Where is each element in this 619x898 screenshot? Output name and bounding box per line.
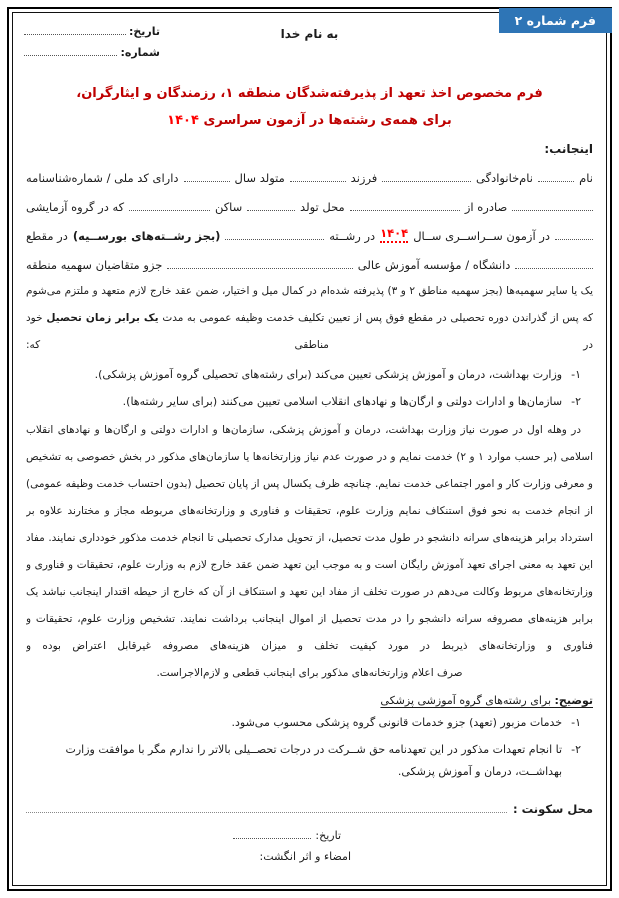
signature-date-label: تاریخ: — [315, 829, 341, 842]
issued-from-label: صادره از — [465, 200, 507, 214]
name-label: نام — [579, 171, 593, 185]
residence-field: محل سکونت : — [26, 792, 593, 816]
dotted-blank — [24, 31, 126, 35]
form-line-identity: نام نام‌خانوادگی فرزند متولد سال دارای ک… — [26, 156, 593, 185]
residence-label: محل سکونت : — [513, 802, 593, 816]
exam-year-inline: ۱۴۰۴ — [380, 226, 408, 243]
list-item-text: خدمات مزبور (تعهد) جزو خدمات قانونی گروه… — [232, 712, 563, 734]
exam-year: ۱۴۰۴ — [167, 113, 199, 128]
date-label: تاریخ: — [129, 25, 160, 38]
university-label: دانشگاه / مؤسسه آموزش عالی — [358, 258, 511, 272]
national-id-label: دارای کد ملی / شماره‌شناسنامه — [26, 171, 179, 185]
dotted-blank — [184, 178, 230, 182]
dotted-blank — [538, 178, 574, 182]
dotted-blank — [290, 178, 346, 182]
obligation-final-line: صرف اعلام وزارتخانه‌های مذکور برای اینجا… — [26, 660, 593, 687]
signature-fingerprint-label: امضاء و اثر انگشت: — [26, 850, 351, 863]
list-item-number: ۲- — [571, 739, 581, 761]
list-item-text: وزارت بهداشت، درمان و آموزش پزشکی تعیین … — [95, 364, 562, 386]
medical-notes-list: ۱- خدمات مزبور (تعهد) جزو خدمات قانونی گ… — [26, 712, 593, 783]
note-heading: توضیح: برای رشته‌های گروه آموزشی پزشکی — [26, 694, 593, 707]
birth-year-label: متولد سال — [235, 171, 285, 185]
signature-date-field: تاریخ: — [26, 822, 341, 842]
form-body: فرم مخصوص اخذ تعهد از پذیرفته‌شدگان منطق… — [26, 68, 593, 882]
dotted-blank — [129, 207, 210, 211]
list-item-number: ۱- — [571, 364, 581, 386]
degree-level-label: در مقطع — [26, 229, 68, 243]
form-line-exam: در آزمون ســراســری ســال ۱۴۰۴ در رشــته… — [26, 214, 593, 243]
authorities-list: ۱- وزارت بهداشت، درمان و آموزش پزشکی تعی… — [26, 364, 593, 413]
birth-place-label: محل تولد — [300, 200, 345, 214]
form-title-line2-text: برای همه‌ی رشته‌ها در آزمون سراسری — [203, 113, 451, 128]
list-item-text: سازمان‌ها و ادارات دولتی و ارگان‌ها و نه… — [123, 391, 562, 413]
number-label: شماره: — [120, 46, 160, 59]
child-of-label: فرزند — [351, 171, 378, 185]
list-item: ۲- سازمان‌ها و ادارات دولتی و ارگان‌ها و… — [26, 391, 593, 413]
applicant-intro-label: اینجانب: — [26, 142, 593, 156]
obligation-paragraph: در وهله اول در صورت نیاز وزارت بهداشت، د… — [26, 417, 593, 660]
dotted-blank — [512, 207, 593, 211]
form-page: فرم شماره ۲ تاریخ: شماره: به نام خدا فرم… — [0, 0, 619, 898]
date-number-block: تاریخ: شماره: — [24, 17, 160, 59]
commitment-paragraph: یک یا سایر سهمیه‌ها (بجز سهمیه مناطق ۲ و… — [26, 278, 593, 359]
except-scholarship-note: (بجز رشــته‌های بورســیه) — [73, 229, 221, 243]
dotted-blank — [382, 178, 471, 182]
form-title-line1: فرم مخصوص اخذ تعهد از پذیرفته‌شدگان منطق… — [26, 80, 593, 107]
list-item: ۱- وزارت بهداشت، درمان و آموزش پزشکی تعی… — [26, 364, 593, 386]
dotted-blank — [555, 236, 593, 240]
form-title-line2: برای همه‌ی رشته‌ها در آزمون سراسری ۱۴۰۴ — [26, 107, 593, 134]
form-line-residence: صادره از محل تولد ساکن که در گروه آزمایش… — [26, 185, 593, 214]
form-number-badge: فرم شماره ۲ — [499, 8, 612, 33]
dotted-blank — [233, 835, 311, 839]
commitment-duration-bold: یک برابر زمان تحصیل — [46, 312, 158, 324]
dotted-blank — [225, 236, 324, 240]
form-title: فرم مخصوص اخذ تعهد از پذیرفته‌شدگان منطق… — [26, 80, 593, 134]
date-field: تاریخ: — [24, 17, 160, 38]
list-item-number: ۲- — [571, 391, 581, 413]
dotted-blank — [350, 207, 460, 211]
form-line-university: دانشگاه / مؤسسه آموزش عالی جزو متقاضیان … — [26, 243, 593, 272]
national-exam-label: در آزمون ســراســری ســال — [413, 229, 550, 243]
list-item-text: تا انجام تعهدات مذکور در این تعهدنامه حق… — [26, 739, 562, 783]
family-name-label: نام‌خانوادگی — [476, 171, 533, 185]
list-item: ۲- تا انجام تعهدات مذکور در این تعهدنامه… — [26, 739, 593, 783]
dotted-blank — [167, 265, 352, 269]
exam-group-label: که در گروه آزمایشی — [26, 200, 124, 214]
note-label: توضیح: — [555, 694, 593, 707]
number-field: شماره: — [24, 38, 160, 59]
dotted-blank — [515, 265, 593, 269]
field-of-study-label: در رشــته — [329, 229, 375, 243]
dotted-blank — [24, 52, 117, 56]
note-text: برای رشته‌های گروه آموزشی پزشکی — [380, 694, 551, 707]
list-item-number: ۱- — [571, 712, 581, 734]
list-item: ۱- خدمات مزبور (تعهد) جزو خدمات قانونی گ… — [26, 712, 593, 734]
resident-label: ساکن — [215, 200, 242, 214]
dotted-blank — [247, 207, 295, 211]
quota-applicants-label: جزو متقاضیان سهمیه منطقه — [26, 258, 162, 272]
dotted-blank — [26, 809, 507, 813]
